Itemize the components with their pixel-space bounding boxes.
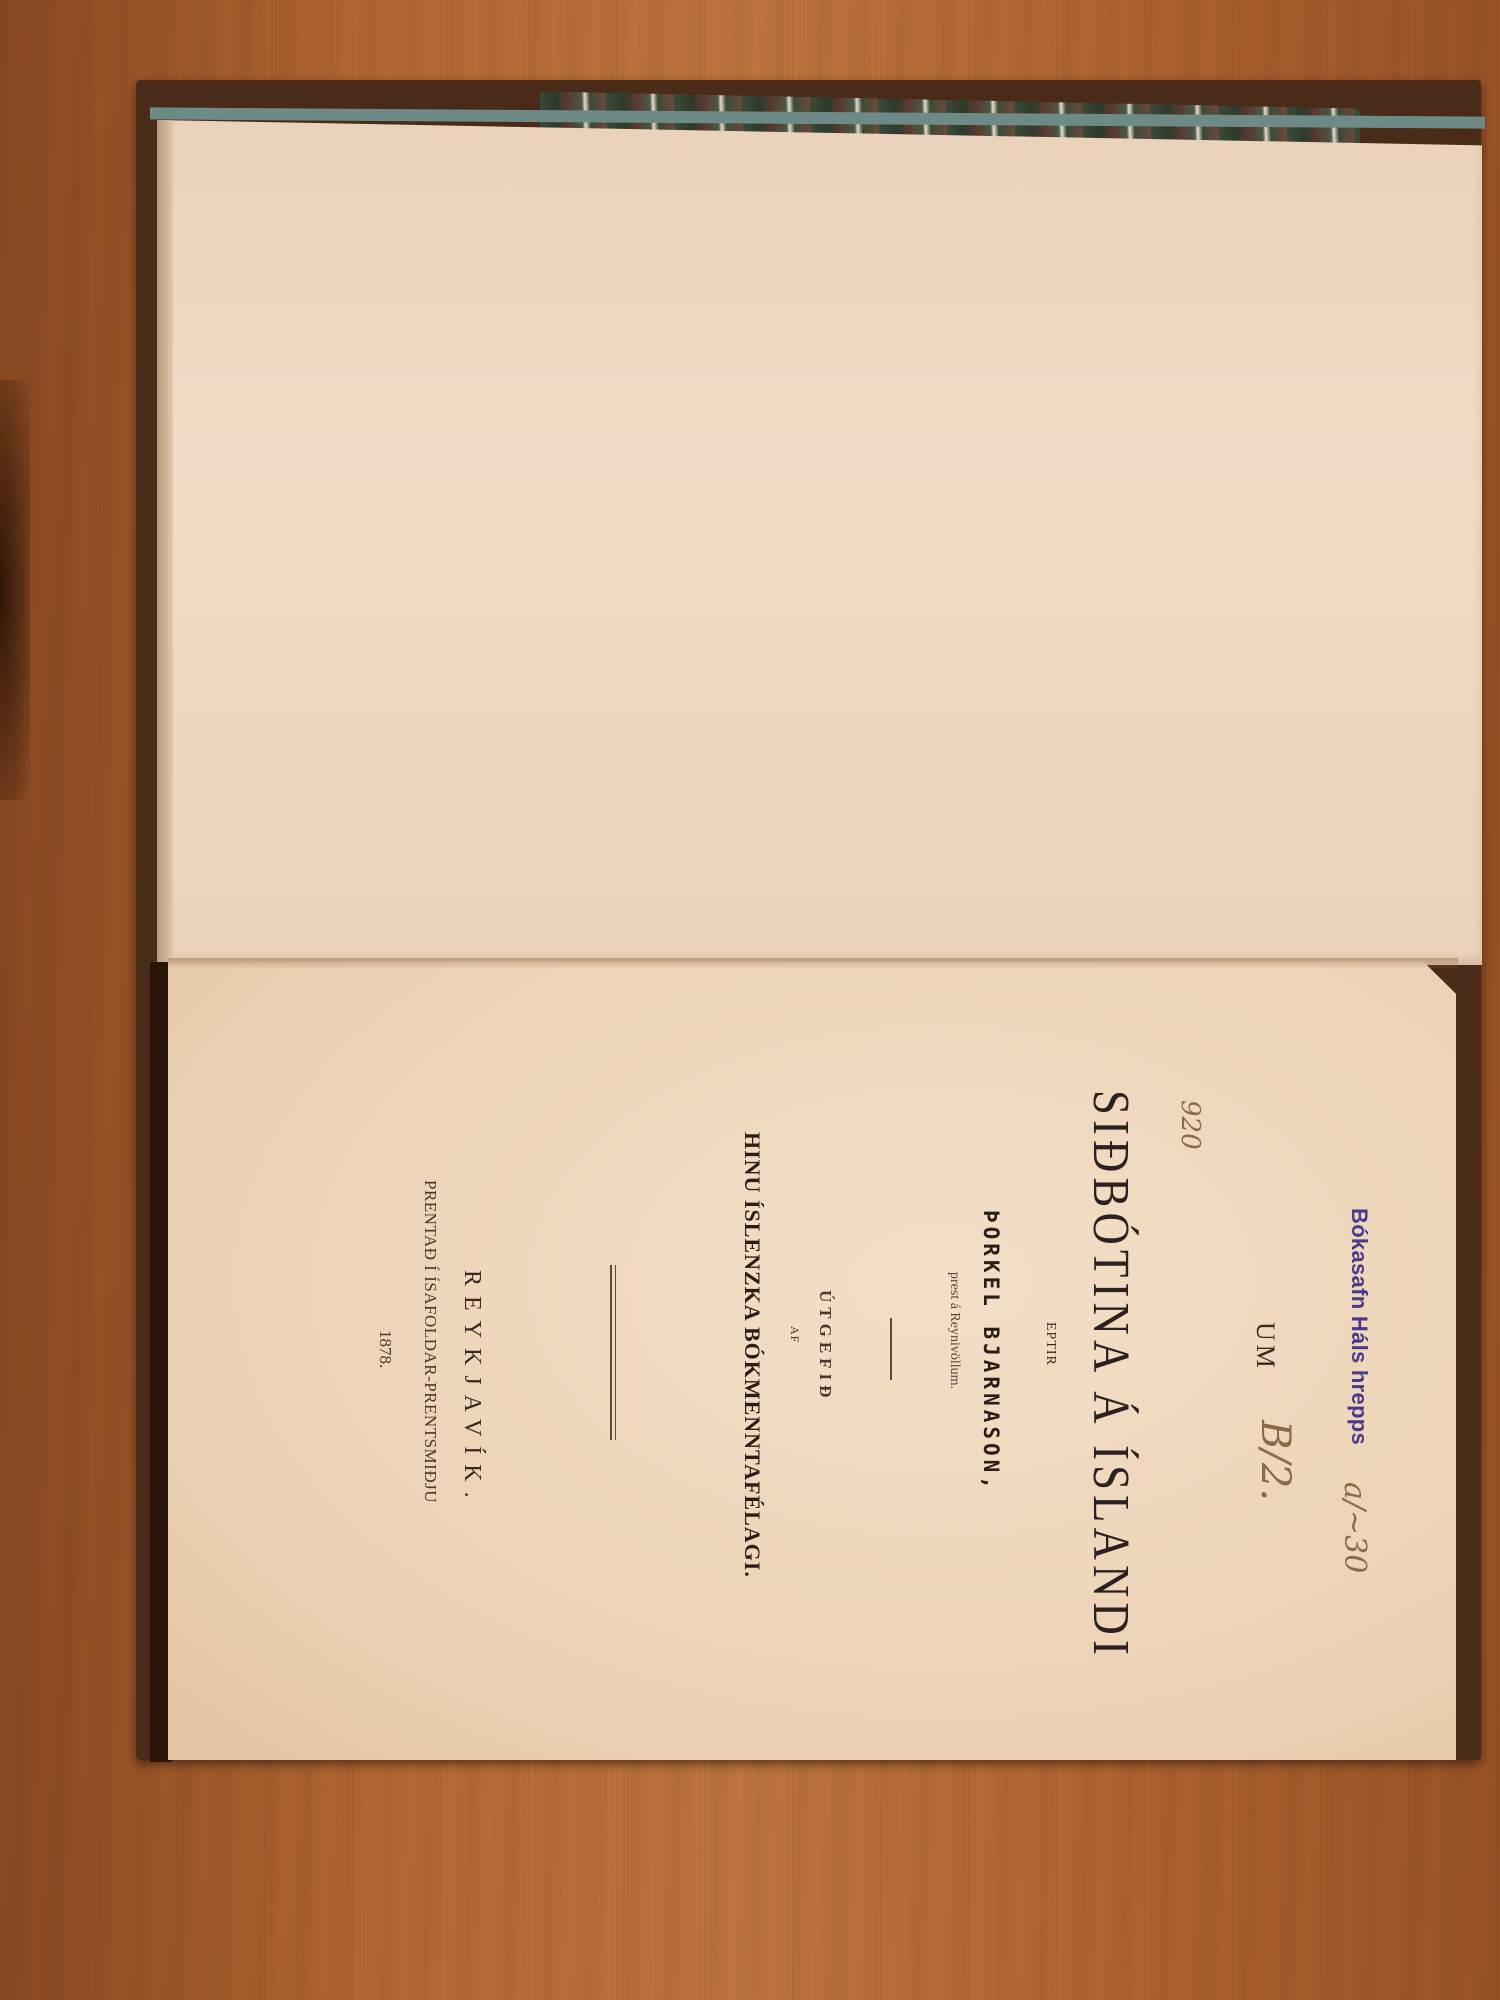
imprint-year: 1878. [375,1330,395,1368]
imprint-city: REYKJAVÍK. [458,1270,485,1508]
handwritten-number: B/2. [1252,1420,1298,1501]
page-fore-edge [157,120,173,965]
author-note: prest á Reynivöllum. [946,1272,962,1389]
publisher-name: HINU ÍSLENZKA BÓKMENNTAFÉLAGI. [739,1132,765,1578]
af-label: AF [787,1326,802,1343]
published-label: ÚTGEFIÐ [815,1290,835,1402]
table-shadow [0,380,30,800]
pre-title: UM [1250,1322,1280,1372]
double-rule-b [615,1265,616,1440]
library-stamp: Bókasafn Háls hrepps [1346,1208,1372,1445]
blank-verso-page [157,120,1482,965]
imprint-printer: PRENTAÐ Í ÍSAFOLDAR-PRENTSMIÐJU [420,1180,440,1503]
by-label: EPTIR [1042,1322,1058,1366]
handwritten-class-number: 920 [1175,1100,1205,1150]
handwritten-shelfmark: a/~30 [1337,1482,1372,1573]
rule-short [890,1318,892,1380]
book-gutter [168,958,1458,968]
double-rule-a [610,1265,612,1440]
author-name: ÞORKEL BJARNASON, [979,1210,1003,1493]
book-title: SIÐBÓTINA Á ÍSLANDI [1081,1090,1140,1660]
